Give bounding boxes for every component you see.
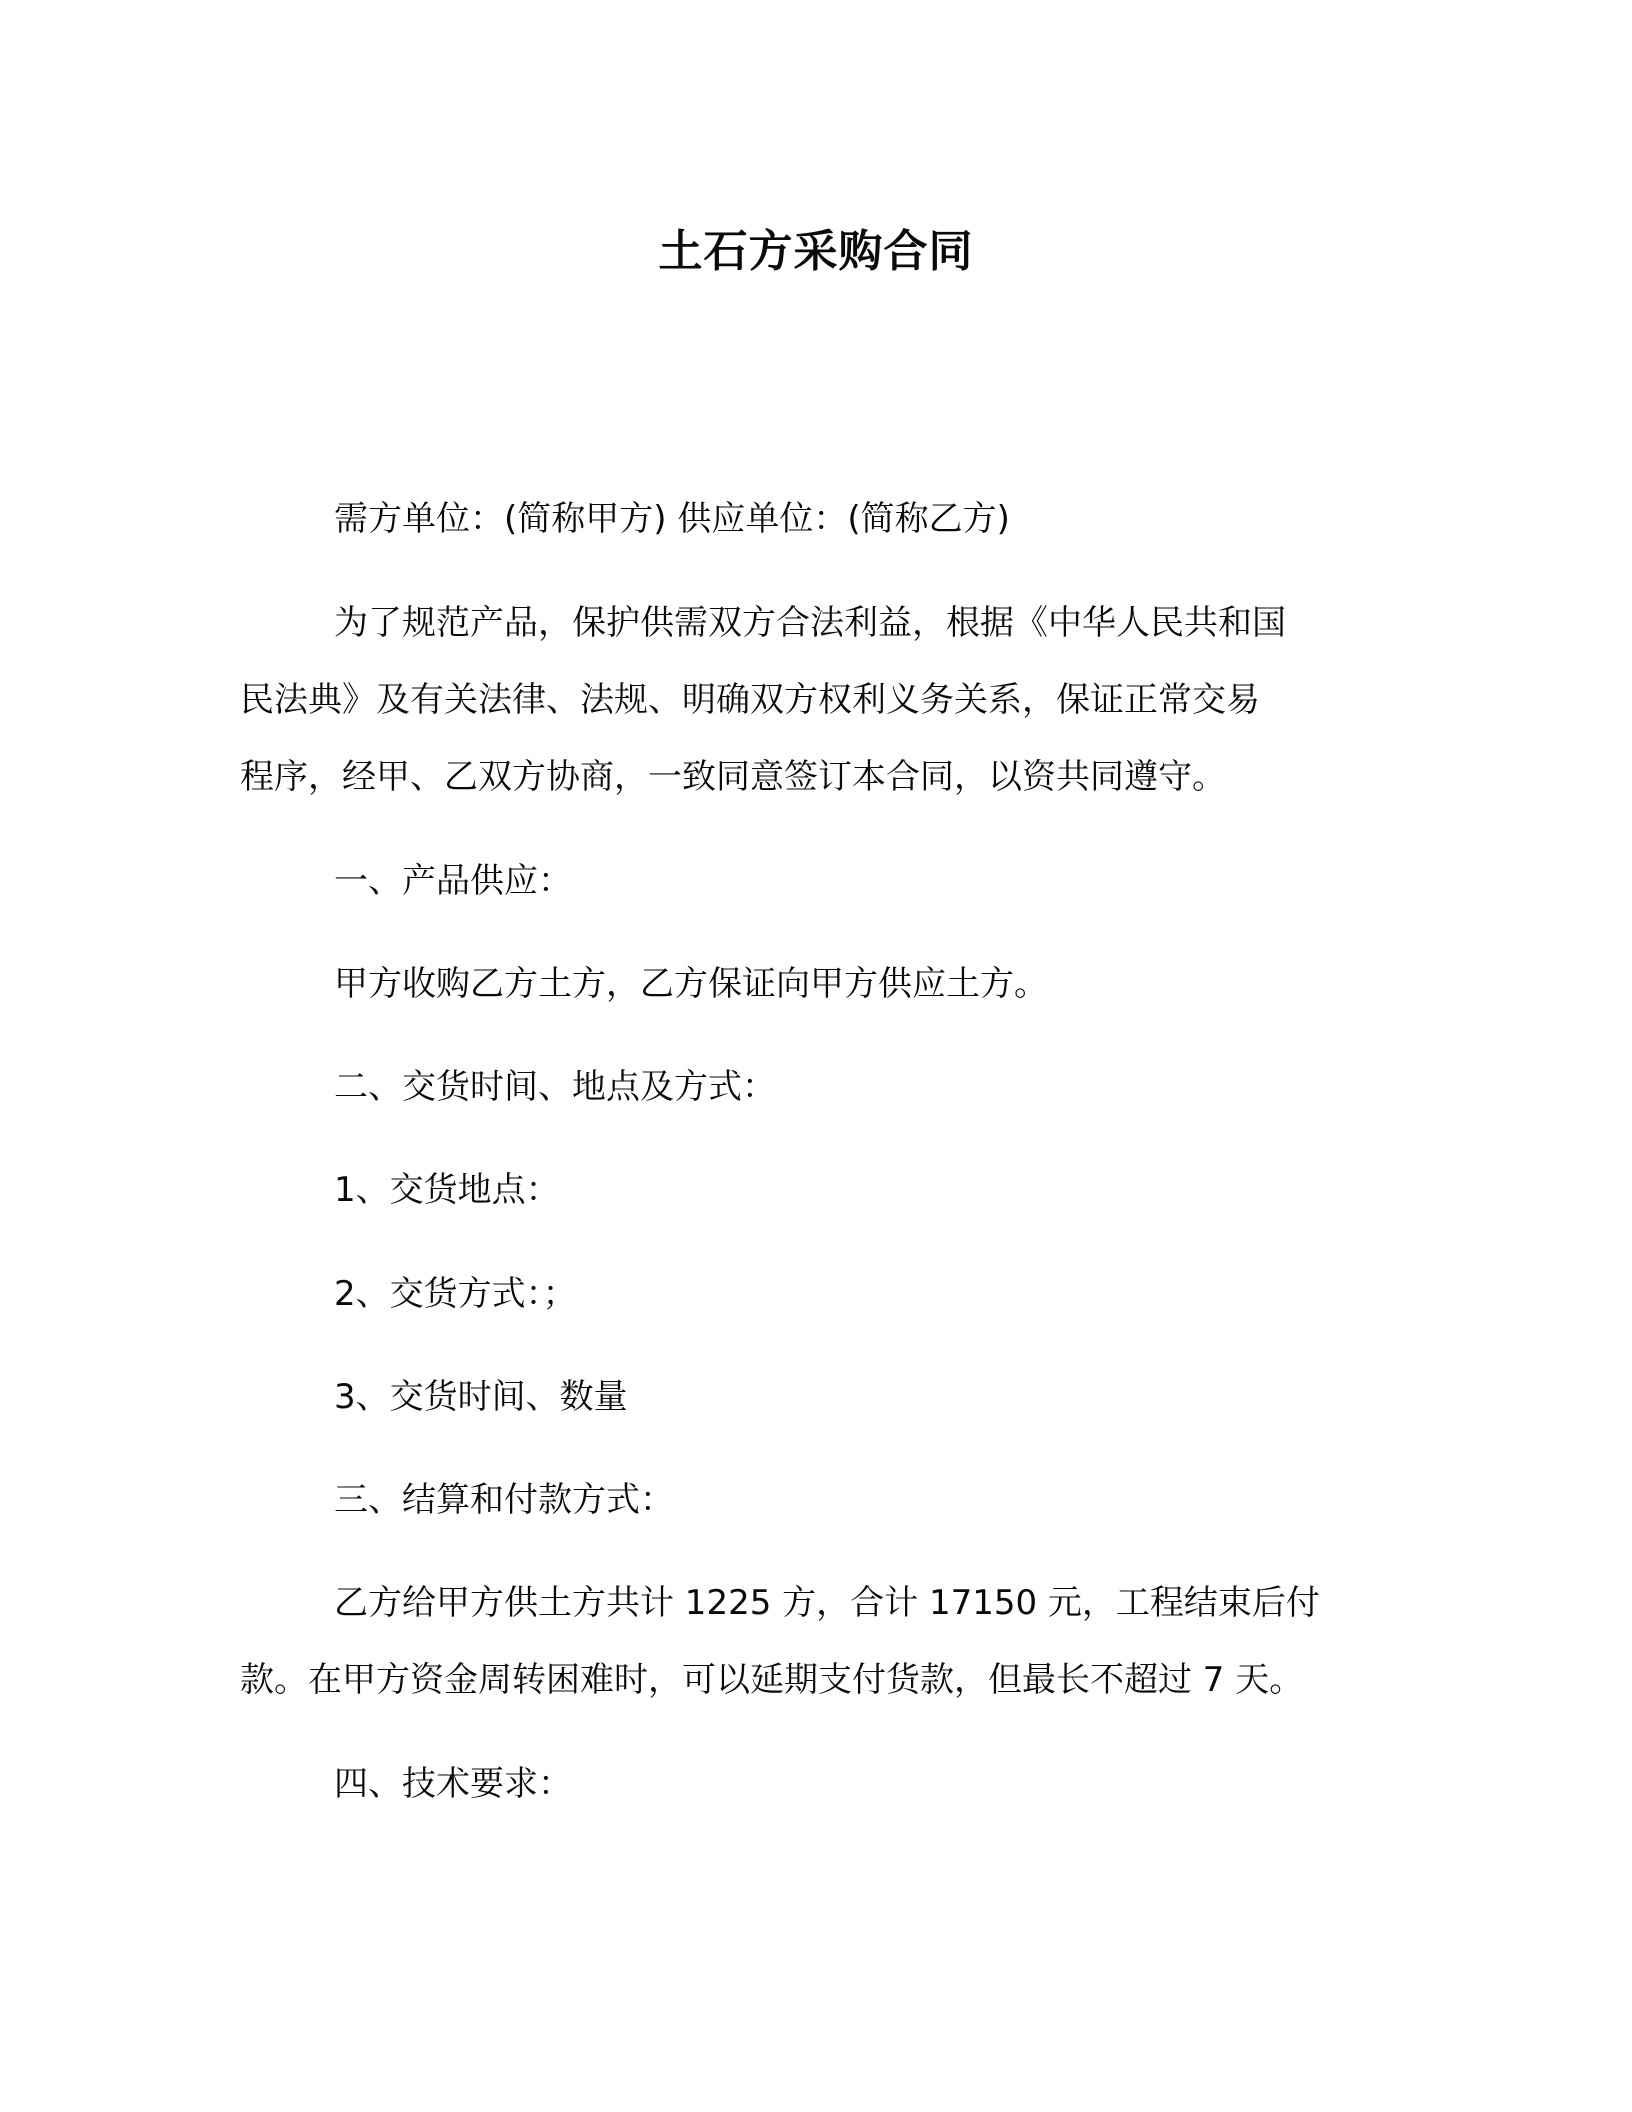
parties-line: 需方单位：(简称甲方) 供应单位：(简称乙方) (334, 497, 1010, 541)
section-1-body: 甲方收购乙方土方，乙方保证向甲方供应土方。 (334, 962, 1048, 1006)
section-2-item-3: 3、交货时间、数量 (334, 1375, 628, 1419)
preamble-line-3: 程序，经甲、乙双方协商，一致同意签订本合同，以资共同遵守。 (240, 755, 1226, 799)
section-2-heading: 二、交货时间、地点及方式： (334, 1065, 776, 1109)
preamble-line-1: 为了规范产品，保护供需双方合法利益，根据《中华人民共和国 (334, 601, 1286, 645)
section-1-heading: 一、产品供应： (334, 859, 572, 903)
section-3-body-line-2: 款。在甲方资金周转困难时，可以延期支付货款，但最长不超过 7 天。 (240, 1658, 1303, 1702)
section-2-item-2: 2、交货方式：； (334, 1272, 577, 1316)
section-3-body-line-1: 乙方给甲方供土方共计 1225 方，合计 17150 元，工程结束后付 (334, 1581, 1320, 1625)
section-4-heading: 四、技术要求： (334, 1762, 572, 1806)
section-3-heading: 三、结算和付款方式： (334, 1478, 674, 1522)
document-page: 土石方采购合同 需方单位：(简称甲方) 供应单位：(简称乙方) 为了规范产品，保… (0, 0, 1632, 2112)
preamble-line-2: 民法典》及有关法律、法规、明确双方权利义务关系，保证正常交易 (240, 678, 1260, 722)
document-title: 土石方采购合同 (0, 222, 1632, 282)
section-2-item-1: 1、交货地点： (334, 1168, 560, 1212)
